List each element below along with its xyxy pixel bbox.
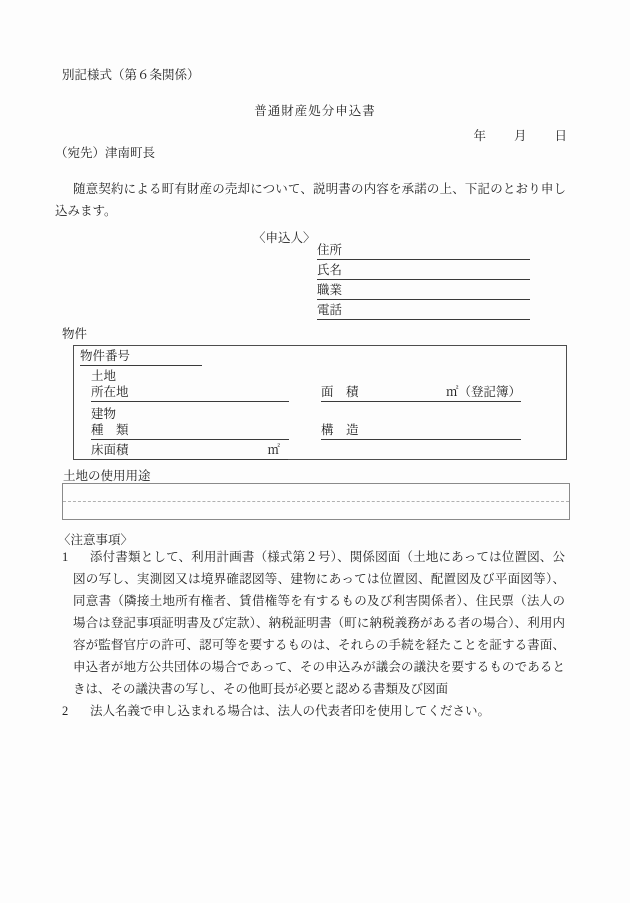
structure-input-line[interactable]: 構 造 (321, 423, 521, 440)
location-row: 所在地 (91, 385, 289, 402)
kind-row: 種 類 (91, 423, 289, 440)
intro-paragraph: 随意契約による町有財産の売却について、説明書の内容を承諾の上、下記のとおり申し込… (55, 178, 566, 222)
date-line: 年 月 日 (473, 126, 568, 144)
kind-input-line[interactable]: 種 類 (91, 423, 289, 440)
name-input-line[interactable]: 氏名 (317, 260, 530, 280)
area-row: 面 積 ㎡（登記簿） (321, 385, 521, 402)
structure-row: 構 造 (321, 423, 521, 440)
applicant-fields: 住所 氏名 職業 電話 (317, 240, 530, 320)
document-page: 別記様式（第６条関係） 普通財産処分申込書 年 月 日 （宛先）津南町長 随意契… (0, 0, 630, 903)
note-item-2: 2 法人名義で申し込まれる場合は、法人の代表者印を使用してください。 (73, 700, 565, 722)
note-2-text: 法人名義で申し込まれる場合は、法人の代表者印を使用してください。 (90, 704, 490, 718)
note-2-number: 2 (62, 700, 68, 722)
occupation-input-line[interactable]: 職業 (317, 280, 530, 300)
property-number-label: 物件番号 (80, 349, 130, 363)
floor-area-unit-label: ㎡ (267, 443, 288, 457)
floor-area-label: 床面積 (91, 443, 129, 457)
property-number-row: 物件番号 (80, 349, 202, 366)
phone-input-line[interactable]: 電話 (317, 300, 530, 320)
floor-area-input-line[interactable]: 床面積 ㎡ (91, 443, 288, 460)
page-title: 普通財産処分申込書 (0, 101, 630, 119)
floor-area-row: 床面積 ㎡ (91, 443, 288, 460)
occupation-label: 職業 (317, 281, 342, 299)
name-label: 氏名 (317, 261, 342, 279)
area-label: 面 積 (321, 385, 359, 399)
land-use-line-2[interactable] (63, 502, 569, 519)
phone-label: 電話 (317, 301, 342, 319)
land-section-label: 土地 (91, 369, 116, 383)
note-item-1: 1 添付書類として、利用計画書（様式第２号）、関係図面（土地にあっては位置図、公… (73, 546, 565, 700)
land-use-heading: 土地の使用用途 (63, 466, 151, 484)
note-1-text: 添付書類として、利用計画書（様式第２号）、関係図面（土地にあっては位置図、公図の… (73, 550, 565, 696)
location-input-line[interactable]: 所在地 (91, 385, 289, 402)
building-section-label: 建物 (91, 407, 116, 421)
property-box: 物件番号 土地 所在地 面 積 ㎡（登記簿） 建物 種 類 構 造 (73, 345, 567, 460)
area-input-line[interactable]: 面 積 ㎡（登記簿） (321, 385, 521, 402)
property-number-input-line[interactable]: 物件番号 (80, 349, 202, 366)
property-heading: 物件 (62, 324, 87, 342)
land-use-input-area (62, 483, 570, 520)
structure-label: 構 造 (321, 423, 359, 437)
note-1-number: 1 (62, 546, 68, 568)
address-input-line[interactable]: 住所 (317, 240, 530, 260)
kind-label: 種 類 (91, 423, 129, 437)
addressee-label: （宛先）津南町長 (55, 143, 155, 161)
land-use-line-1[interactable] (63, 484, 569, 501)
address-label: 住所 (317, 241, 342, 259)
form-reference-label: 別記様式（第６条関係） (62, 65, 200, 83)
applicant-heading: 〈申込人〉 (253, 228, 316, 246)
location-label: 所在地 (91, 385, 129, 399)
notes-list: 1 添付書類として、利用計画書（様式第２号）、関係図面（土地にあっては位置図、公… (73, 546, 565, 722)
area-unit-label: ㎡（登記簿） (446, 385, 521, 399)
